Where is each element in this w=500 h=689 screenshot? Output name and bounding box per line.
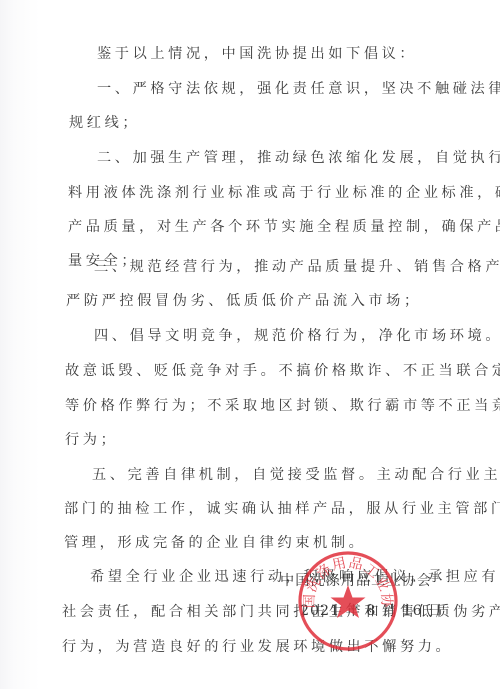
item-5-line-2: 部门的抽检工作，诚实确认抽样产品，服从行业主管部门的 [64, 500, 500, 518]
item-1-line-1: 一、严格守法依规，强化责任意识，坚决不触碰法律法 [97, 80, 500, 98]
item-4-line-1: 四、倡导文明竞争，规范价格行为，净化市场环境。不 [94, 327, 500, 345]
item-2-line-2: 料用液体洗涤剂行业标准或高于行业标准的企业标准，确保 [68, 184, 500, 202]
item-3-line-1: 三、规范经营行为，推动产品质量提升、销售合格产品， [94, 258, 500, 276]
item-4-line-3: 等价格作弊行为；不采取地区封锁、欺行霸市等不正当竞争 [65, 397, 500, 415]
paragraph-intro: 鉴于以上情况，中国洗协提出如下倡议： [97, 45, 417, 63]
item-4-line-2: 故意诋毁、贬低竞争对手。不搞价格欺诈、不正当联合定价 [65, 362, 500, 380]
document-page: 鉴于以上情况，中国洗协提出如下倡议： 一、严格守法依规，强化责任意识，坚决不触碰… [0, 0, 500, 689]
item-4-line-4: 行为； [65, 431, 118, 449]
item-3-line-2: 严防严控假冒伪劣、低质低价产品流入市场； [66, 292, 422, 310]
item-2-line-3: 产品质量，对生产各个环节实施全程质量控制，确保产品质 [68, 218, 500, 236]
item-2-line-1: 二、加强生产管理，推动绿色浓缩化发展，自觉执行衣 [97, 149, 500, 167]
item-1-line-2: 规红线； [69, 114, 140, 132]
official-seal-icon: 中国洗涤用品工业协会 [296, 549, 400, 653]
item-5-line-1: 五、完善自律机制，自觉接受监督。主动配合行业主管 [92, 466, 500, 484]
